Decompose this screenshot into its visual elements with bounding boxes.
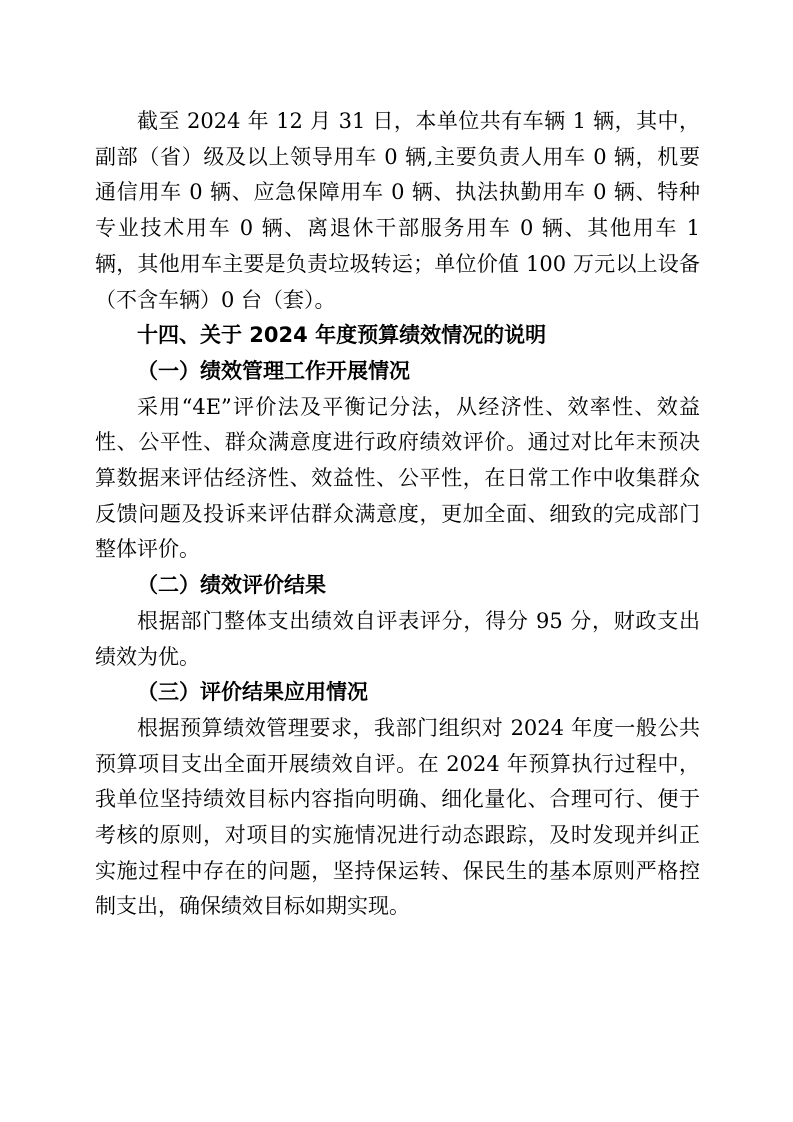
paragraph-evaluation-results: 根据部门整体支出绩效自评表评分，得分 95 分，财政支出绩效为优。 bbox=[95, 604, 700, 675]
paragraph-performance-management: 采用“4E”评价法及平衡记分法，从经济性、效率性、效益性、公平性、群众满意度进行… bbox=[95, 390, 700, 569]
subheading-performance-management: （一）绩效管理工作开展情况 bbox=[95, 354, 700, 390]
document-body: 截至 2024 年 12 月 31 日，本单位共有车辆 1 辆，其中，副部（省）… bbox=[95, 104, 700, 925]
subheading-evaluation-results: （二）绩效评价结果 bbox=[95, 568, 700, 604]
subheading-result-application: （三）评价结果应用情况 bbox=[95, 675, 700, 711]
document-page: 截至 2024 年 12 月 31 日，本单位共有车辆 1 辆，其中，副部（省）… bbox=[0, 0, 793, 1122]
paragraph-vehicle-summary: 截至 2024 年 12 月 31 日，本单位共有车辆 1 辆，其中，副部（省）… bbox=[95, 104, 700, 318]
heading-section-fourteen: 十四、关于 2024 年度预算绩效情况的说明 bbox=[95, 318, 700, 354]
paragraph-result-application: 根据预算绩效管理要求，我部门组织对 2024 年度一般公共预算项目支出全面开展绩… bbox=[95, 711, 700, 925]
